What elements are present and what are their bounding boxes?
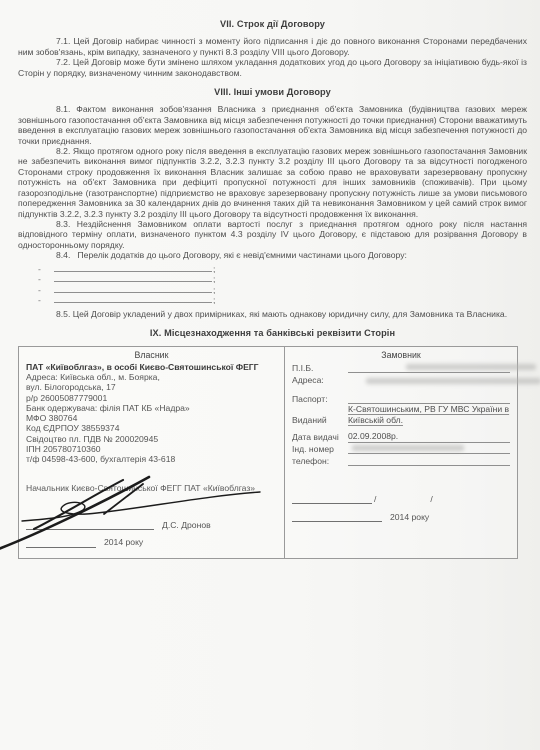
field-value-address xyxy=(348,375,510,385)
field-value-issued-by: К-Святошинським, РВ ГУ МВС України в Киї… xyxy=(348,404,510,425)
section-9-title: IX. Місцезнаходження та банківські рекві… xyxy=(18,328,527,338)
signature-blank-line xyxy=(26,521,154,530)
attachment-row: -; xyxy=(38,295,527,306)
signature-slash: / xyxy=(374,494,376,504)
document-content: VII. Строк дії Договору 7.1. Цей Договір… xyxy=(0,0,540,559)
owner-requisite-line: Код ЄДРПОУ 38559374 xyxy=(26,423,277,433)
date-blank-line xyxy=(26,539,96,548)
customer-signature-row: / / xyxy=(292,494,510,504)
customer-cell: Замовник П.І.Б. Адреса: Паспорт: Виданий… xyxy=(284,347,517,557)
attachment-blank-line xyxy=(54,295,212,303)
field-label-passport: Паспорт: xyxy=(292,394,348,404)
field-row-issued-by: Виданий К-Святошинським, РВ ГУ МВС Украї… xyxy=(292,404,510,425)
scanned-contract-page: VII. Строк дії Договору 7.1. Цей Договір… xyxy=(0,0,540,750)
owner-requisite-line: вул. Білогородська, 17 xyxy=(26,382,277,392)
clause-8-3: 8.3. Нездійснення Замовником оплати варт… xyxy=(18,219,527,250)
attachment-dash: - xyxy=(38,295,44,305)
attachment-terminator: ; xyxy=(213,285,215,295)
owner-name: ПАТ «Київоблгаз», в особі Києво-Святошин… xyxy=(26,362,277,372)
attachment-dash: - xyxy=(38,285,44,295)
owner-requisite-line: МФО 380764 xyxy=(26,413,277,423)
redacted-value xyxy=(352,445,464,451)
signature-blank-line xyxy=(292,495,372,504)
attachment-terminator: ; xyxy=(213,295,215,305)
clause-8-2: 8.2. Якщо протягом одного року після вве… xyxy=(18,146,527,219)
field-label-ind-number: Інд. номер xyxy=(292,444,348,454)
field-value-passport xyxy=(348,394,510,404)
attachment-row: -; xyxy=(38,264,527,275)
section-8-title: VIII. Інші умови Договору xyxy=(18,87,527,97)
field-label-phone: телефон: xyxy=(292,456,348,466)
field-label-address: Адреса: xyxy=(292,375,348,385)
owner-requisite-line: ІПН 205780710360 xyxy=(26,444,277,454)
customer-header: Замовник xyxy=(292,350,510,360)
field-label-pib: П.І.Б. xyxy=(292,363,348,373)
owner-requisite-line: Адреса: Київська обл., м. Боярка, xyxy=(26,372,277,382)
owner-requisite-line: т/ф 04598-43-600, бухгалтерія 43-618 xyxy=(26,454,277,464)
attachment-blank-line xyxy=(54,274,212,282)
attachment-dash: - xyxy=(38,274,44,284)
attachment-terminator: ; xyxy=(213,264,215,274)
date-blank-line xyxy=(292,513,382,522)
owner-requisite-line: Свідоцтво пл. ПДВ № 200020945 xyxy=(26,434,277,444)
owner-date-label: 2014 року xyxy=(104,537,143,547)
section-7-title: VII. Строк дії Договору xyxy=(18,19,527,29)
customer-date-label: 2014 року xyxy=(390,512,429,522)
attachment-dash: - xyxy=(38,264,44,274)
redacted-value xyxy=(406,364,536,370)
field-row-ind-number: Інд. номер xyxy=(292,443,510,455)
clause-7-2: 7.2. Цей Договір може бути змінено шляхо… xyxy=(18,57,527,78)
requisites-table: Власник ПАТ «Київоблгаз», в особі Києво-… xyxy=(18,346,518,558)
field-value-pib xyxy=(348,363,510,373)
field-value-phone xyxy=(348,456,510,466)
signature-slash: / xyxy=(430,494,432,504)
attachment-blank-line xyxy=(54,264,212,272)
owner-signatory-name: Д.С. Дронов xyxy=(162,520,211,530)
redacted-value xyxy=(366,378,540,384)
attachment-list: -; -; -; -; xyxy=(38,264,527,306)
clause-8-1: 8.1. Фактом виконання зобов'язання Власн… xyxy=(18,104,527,146)
owner-requisite-line: Банк одержувача: філія ПАТ КБ «Надра» xyxy=(26,403,277,413)
issued-by-text: К-Святошинським, РВ ГУ МВС України в Киї… xyxy=(348,404,510,425)
clause-7-1: 7.1. Цей Договір набирає чинності з моме… xyxy=(18,36,527,57)
owner-date-row: 2014 року xyxy=(26,537,277,547)
customer-date-row: 2014 року xyxy=(292,512,510,522)
owner-header: Власник xyxy=(26,350,277,360)
attachment-blank-line xyxy=(54,285,212,293)
attachment-terminator: ; xyxy=(213,274,215,284)
field-row-passport: Паспорт: xyxy=(292,393,510,405)
field-label-issue-date: Дата видачі xyxy=(292,432,348,442)
owner-requisite-line: р/р 26005087779001 xyxy=(26,393,277,403)
field-row-address: Адреса: xyxy=(292,373,510,385)
attachment-row: -; xyxy=(38,285,527,296)
clause-8-5: 8.5. Цей Договір укладений у двох примір… xyxy=(18,309,527,319)
field-row-issue-date: Дата видачі 02.09.2008р. xyxy=(292,431,510,443)
field-row-pib: П.І.Б. xyxy=(292,362,510,374)
attachment-row: -; xyxy=(38,274,527,285)
owner-signature-row: Д.С. Дронов xyxy=(26,520,277,530)
owner-signatory-title: Начальник Києво-Святошинської ФЕГГ ПАТ «… xyxy=(26,483,277,493)
clause-8-4: 8.4. Перелік додатків до цього Договору,… xyxy=(18,250,527,260)
field-row-phone: телефон: xyxy=(292,454,510,466)
field-label-issued-by: Виданий xyxy=(292,415,348,425)
owner-cell: Власник ПАТ «Київоблгаз», в особі Києво-… xyxy=(19,347,284,557)
field-value-issue-date: 02.09.2008р. xyxy=(348,431,510,442)
field-value-ind-number xyxy=(348,444,510,454)
